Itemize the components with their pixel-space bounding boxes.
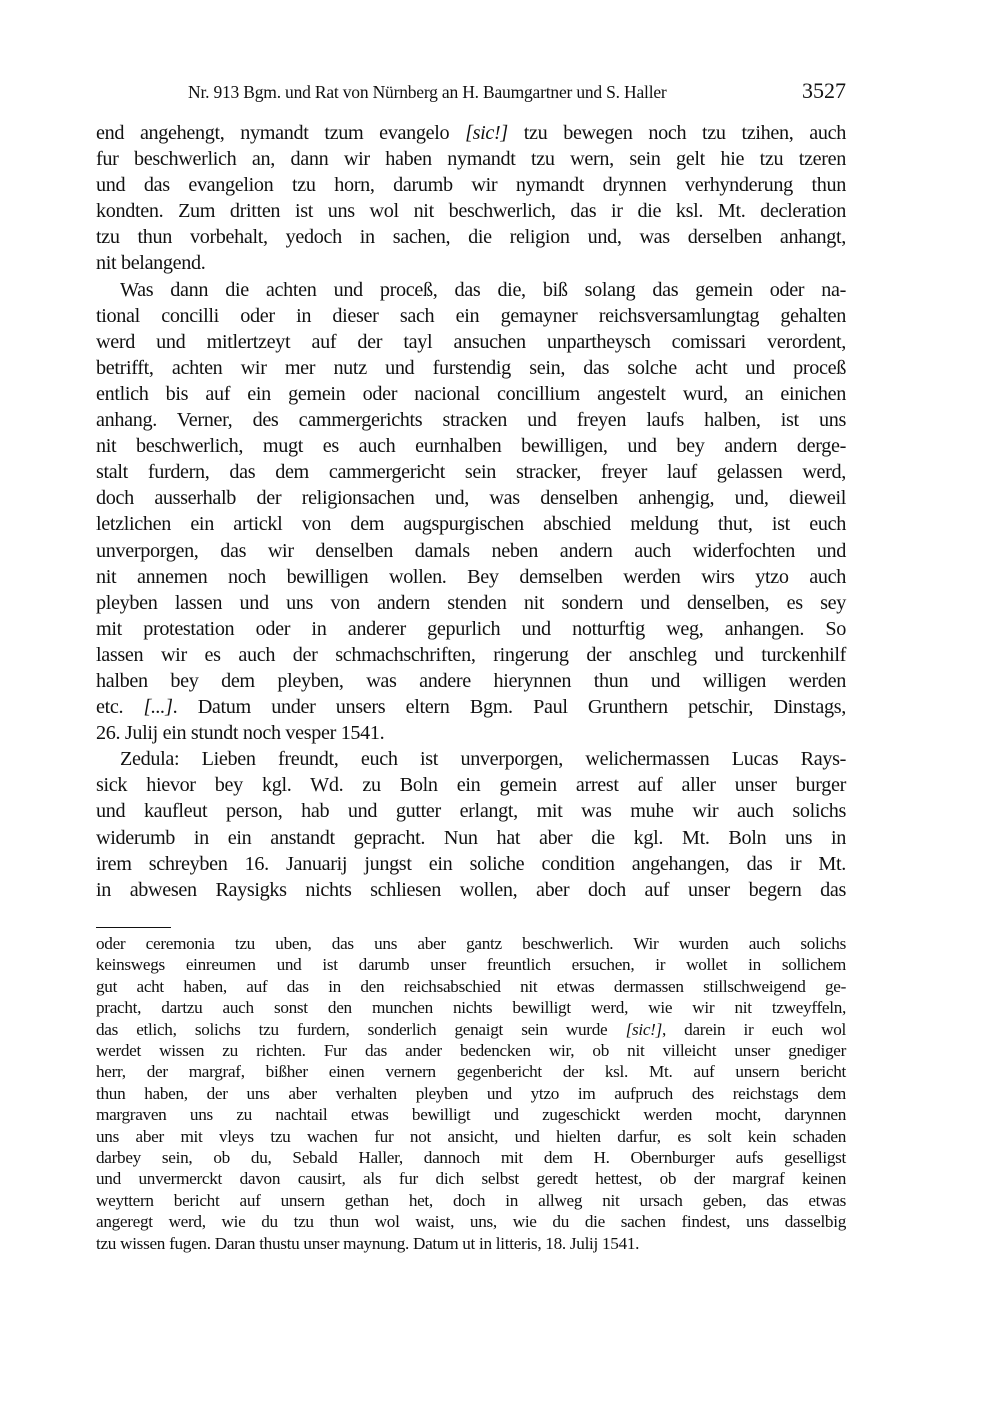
text-line: Was dann die achten und proceß, das die,… bbox=[96, 277, 846, 303]
text-line: unverporgen, das wir denselben damals ne… bbox=[96, 538, 846, 564]
text-line: und kaufleut person, hab und gutter erla… bbox=[96, 798, 846, 824]
text-line: entlich bis auf ein gemein oder nacional… bbox=[96, 381, 846, 407]
footnote-line: herr, der margraf, bißher einen vernern … bbox=[96, 1061, 846, 1082]
footnote-line: werdet wissen zu richten. Fur das ander … bbox=[96, 1040, 846, 1061]
footnote-line: weyttern bericht auf unsern gethan het, … bbox=[96, 1190, 846, 1211]
paragraph-2: Was dann die achten und proceß, das die,… bbox=[96, 277, 846, 747]
sic-marker: [sic!] bbox=[465, 122, 508, 144]
text-line: letzlichen ein artickl von dem augspurgi… bbox=[96, 511, 846, 537]
footnote-line: tzu wissen fugen. Daran thustu unser may… bbox=[96, 1233, 846, 1254]
footnote-line: und unvermerckt davon causirt, als fur d… bbox=[96, 1168, 846, 1189]
text-line: tzu thun vorbehalt, yedoch in sachen, di… bbox=[96, 224, 846, 250]
text-line: doch ausserhalb der religionsachen und, … bbox=[96, 485, 846, 511]
text-line: lassen wir es auch der schmachschriften,… bbox=[96, 642, 846, 668]
text-line: und das evangelion tzu horn, darumb wir … bbox=[96, 172, 846, 198]
text-line: end angehengt, nymandt tzum evangelo [si… bbox=[96, 120, 846, 146]
footnote: oder ceremonia tzu uben, das uns aber ga… bbox=[96, 933, 846, 1254]
text-line: widerumb in ein anstandt gepracht. Nun h… bbox=[96, 825, 846, 851]
paragraph-3: Zedula: Lieben freundt, euch ist unverpo… bbox=[96, 746, 846, 903]
page-number: 3527 bbox=[802, 78, 846, 104]
text-line: werd und mitlertzeyt auf der tayl ansuch… bbox=[96, 329, 846, 355]
footnote-separator bbox=[96, 927, 171, 928]
footnote-line: darbey sein, ob du, Sebald Haller, danno… bbox=[96, 1147, 846, 1168]
running-head-title: Nr. 913 Bgm. und Rat von Nürnberg an H. … bbox=[188, 82, 667, 103]
sic-marker: [sic!] bbox=[626, 1020, 662, 1039]
footnote-line: gut acht haben, auf das in den reichsabs… bbox=[96, 976, 846, 997]
text-line: mit protestation oder in anderer gepurli… bbox=[96, 616, 846, 642]
text-line: stalt furdern, das dem cammergericht sei… bbox=[96, 459, 846, 485]
text-line: nit annemen noch bewilligen wollen. Bey … bbox=[96, 564, 846, 590]
text-line: pleyben lassen und uns von andern stende… bbox=[96, 590, 846, 616]
running-head: Nr. 913 Bgm. und Rat von Nürnberg an H. … bbox=[96, 80, 846, 108]
text-line: nit belangend. bbox=[96, 250, 846, 276]
main-text: end angehengt, nymandt tzum evangelo [si… bbox=[96, 120, 846, 903]
footnote-line: pracht, dartzu auch sonst den munchen ni… bbox=[96, 997, 846, 1018]
text-line: betrifft, achten wir mer nutz und furste… bbox=[96, 355, 846, 381]
text-line: irem schreyben 16. Januarij jungst ein s… bbox=[96, 851, 846, 877]
text-line: tional concilli oder in dieser sach ein … bbox=[96, 303, 846, 329]
paragraph-1: end angehengt, nymandt tzum evangelo [si… bbox=[96, 120, 846, 277]
footnote-line: oder ceremonia tzu uben, das uns aber ga… bbox=[96, 933, 846, 954]
omission-marker: [...] bbox=[144, 696, 173, 718]
footnote-text: oder ceremonia tzu uben, das uns aber ga… bbox=[96, 933, 846, 1254]
footnote-line: uns aber mit vleys tzu wachen fur not an… bbox=[96, 1126, 846, 1147]
text-line: kondten. Zum dritten ist uns wol nit bes… bbox=[96, 198, 846, 224]
footnote-line: angeregt werd, wie du tzu thun wol waist… bbox=[96, 1211, 846, 1232]
text-line: halben bey dem pleyben, was andere hiery… bbox=[96, 668, 846, 694]
text-line: nit beschwerlich, mugt es auch eurnhalbe… bbox=[96, 433, 846, 459]
footnote-line: keinswegs einreumen und ist darumb unser… bbox=[96, 954, 846, 975]
text-line: fur beschwerlich an, dann wir haben nyma… bbox=[96, 146, 846, 172]
footnote-line: margraven uns zu nachtail etwas bewillig… bbox=[96, 1104, 846, 1125]
text-line: sick hievor bey kgl. Wd. zu Boln ein gem… bbox=[96, 772, 846, 798]
text-line: 26. Julij ein stundt noch vesper 1541. bbox=[96, 720, 846, 746]
footnote-line: das etlich, solichs tzu furdern, sonderl… bbox=[96, 1019, 846, 1040]
text-line: in abwesen Raysigks nichts schliesen wol… bbox=[96, 877, 846, 903]
text-line: anhang. Verner, des cammergerichts strac… bbox=[96, 407, 846, 433]
text-line: etc. [...]. Datum under unsers eltern Bg… bbox=[96, 694, 846, 720]
footnote-line: thun haben, der uns aber verhalten pleyb… bbox=[96, 1083, 846, 1104]
text-line: Zedula: Lieben freundt, euch ist unverpo… bbox=[96, 746, 846, 772]
